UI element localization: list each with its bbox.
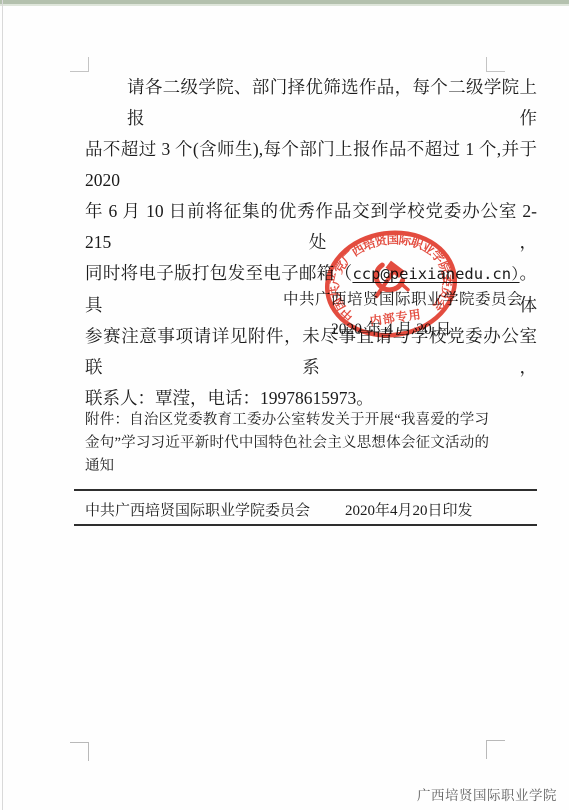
crop-mark-bottom-right <box>486 740 505 759</box>
document-page: 请各二级学院、部门择优筛选作品，每个二级学院上报作 品不超过 3 个(含师生),… <box>0 0 569 810</box>
crop-mark-bottom-left <box>70 742 89 761</box>
seal-banner: 内部专用 <box>369 306 423 328</box>
window-top-strip-highlight <box>0 4 569 6</box>
footer-print-row: 中共广西培贤国际职业学院委员会 2020年4月20日印发 <box>85 499 537 519</box>
paragraph-text: 同时将电子版打包发至电子邮箱（ <box>85 263 352 283</box>
official-seal: 中国共产党广西培贤国际职业学院委员会 内部专用 <box>314 218 469 350</box>
attachment-line: 金句”学习习近平新时代中国特色社会主义思想体会征文活动的 <box>85 432 489 455</box>
crop-mark-top-right <box>486 57 505 72</box>
paragraph-line: 品不超过 3 个(含师生),每个部门上报作品不超过 1 个,并于 2020 <box>85 134 537 196</box>
crop-mark-top-left <box>70 57 89 72</box>
attachment-line: 附件：自治区党委教育工委办公室转发关于开展“我喜爱的学习 <box>85 409 489 432</box>
paragraph-line: 请各二级学院、部门择优筛选作品，每个二级学院上报作 <box>85 72 537 134</box>
hammer-sickle-icon <box>372 262 408 296</box>
paragraph-line: 参赛注意事项请详见附件，未尽事宜请与学校党委办公室联系， <box>85 321 537 383</box>
attachment-note: 附件：自治区党委教育工委办公室转发关于开展“我喜爱的学习 金句”学习习近平新时代… <box>85 409 489 477</box>
body-paragraph: 请各二级学院、部门择优筛选作品，每个二级学院上报作 品不超过 3 个(含师生),… <box>85 72 537 414</box>
paragraph-line: 年 6 月 10 日前将征集的优秀作品交到学校党委办公室 2-215 处， <box>85 196 537 258</box>
page-left-edge-line <box>2 0 3 810</box>
footer-print-date: 2020年4月20日印发 <box>345 499 473 520</box>
footer-issuer: 中共广西培贤国际职业学院委员会 <box>85 499 310 520</box>
corner-brand: 广西培贤国际职业学院 <box>417 784 557 804</box>
footer-rule-bottom <box>74 524 537 526</box>
footer-rule-top <box>74 489 537 491</box>
attachment-line: 通知 <box>85 455 489 478</box>
